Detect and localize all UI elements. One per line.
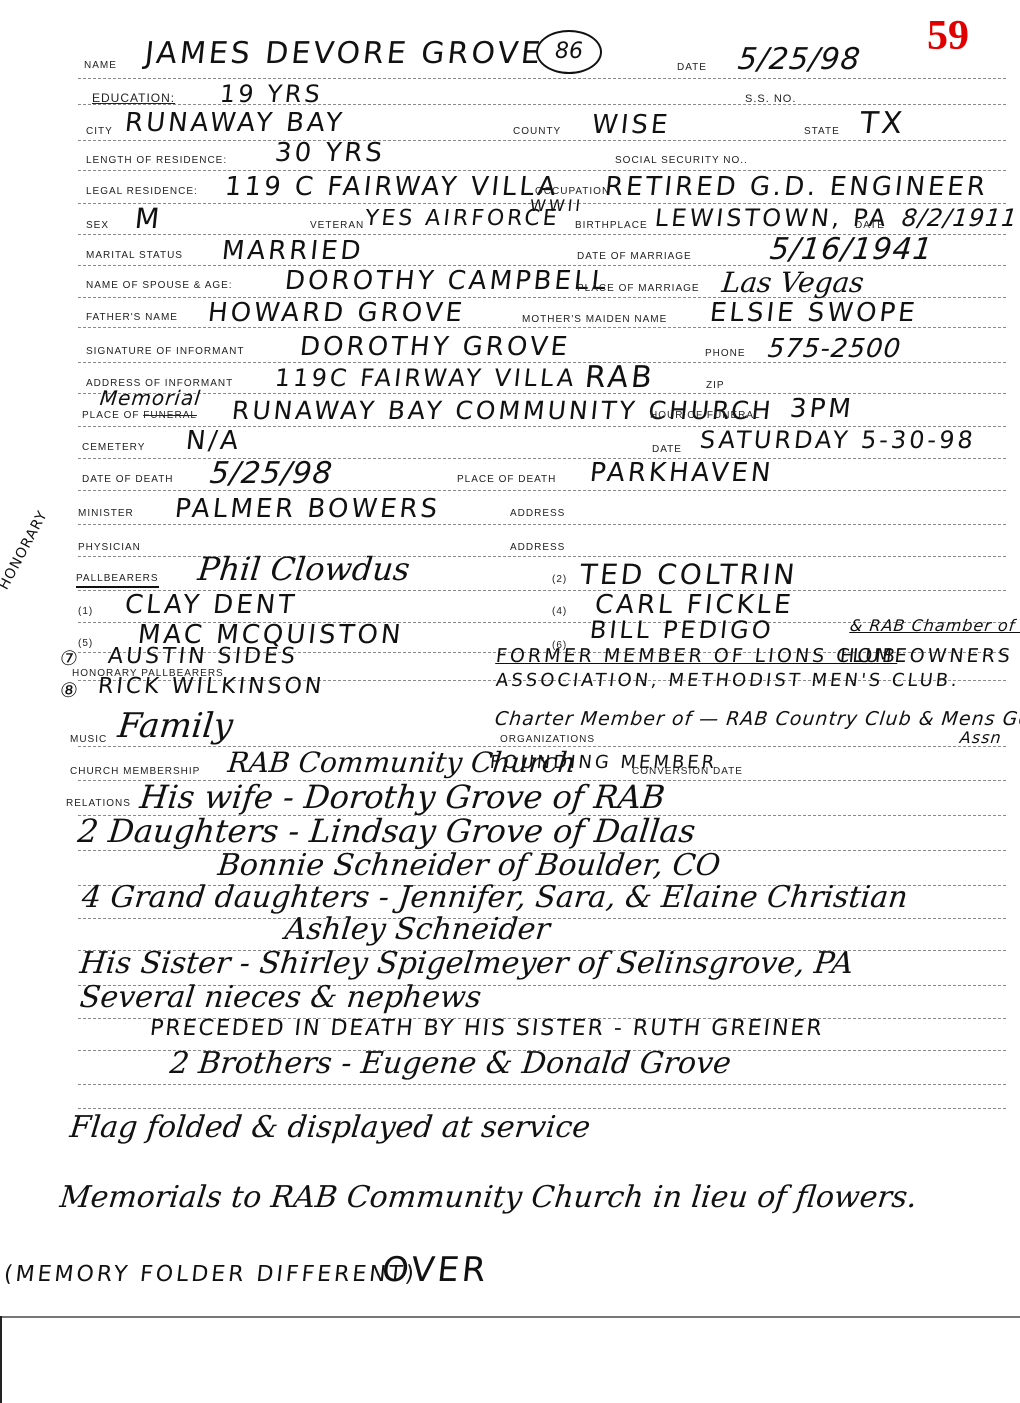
label-funeral-date: Date bbox=[652, 444, 682, 455]
label-city: City bbox=[86, 126, 113, 137]
value-mothers-maiden-name: Elsie Swope bbox=[708, 298, 919, 328]
label-date: Date bbox=[677, 62, 707, 73]
value-pallbearer-6: Bill Pedigo bbox=[589, 616, 776, 644]
value-minister: Palmer Bowers bbox=[173, 494, 441, 524]
value-name-of-spouse: Dorothy Campbell bbox=[283, 266, 610, 296]
rule-education bbox=[78, 104, 1006, 105]
value-length-of-residence: 30 yrs bbox=[273, 138, 386, 168]
label-legal-residence: Legal Residence: bbox=[86, 186, 198, 197]
rule-name bbox=[78, 78, 1006, 79]
label-fathers-name: Father's Name bbox=[86, 312, 178, 323]
value-music: Family bbox=[116, 706, 235, 746]
label-ss-no: S.S. No. bbox=[745, 93, 796, 105]
struck-funeral-text: Funeral bbox=[143, 410, 197, 421]
value-org-line3b: Assn bbox=[959, 728, 1003, 747]
value-signature-of-informant: Dorothy Grove bbox=[298, 332, 571, 362]
label-pallbearer-2: (2) bbox=[552, 574, 567, 585]
rule-informant-address bbox=[78, 393, 1006, 394]
value-org-line1b: Homeowners bbox=[839, 645, 1014, 667]
label-pallbearer-5: (5) bbox=[78, 638, 93, 649]
page-number: 59 bbox=[927, 12, 969, 60]
label-name: Name bbox=[84, 60, 117, 71]
value-marital-status: Married bbox=[220, 236, 365, 266]
value-name: James Devore Grove bbox=[143, 36, 545, 71]
value-date-of-marriage: 5/16/1941 bbox=[768, 232, 935, 267]
label-minister-address: Address bbox=[510, 508, 565, 519]
label-length-of-residence: Length of Residence: bbox=[86, 155, 227, 166]
label-minister: Minister bbox=[78, 508, 134, 519]
value-org-line2: Association, Methodist Men's Club. bbox=[495, 670, 961, 691]
label-pallbearer-1: (1) bbox=[78, 606, 93, 617]
value-org-chamber-note: & RAB Chamber of C bbox=[849, 616, 1020, 635]
value-city: Runaway Bay bbox=[123, 108, 346, 138]
value-relations-line: Bonnie Schneider of Boulder, CO bbox=[216, 848, 722, 883]
value-date-of-death: 5/25/98 bbox=[208, 456, 334, 491]
label-name-of-spouse: Name of Spouse & Age: bbox=[86, 280, 233, 291]
value-sex: M bbox=[133, 202, 164, 235]
page-left-edge bbox=[0, 1316, 2, 1403]
value-veteran-note: WWII bbox=[529, 196, 584, 215]
rule-minister bbox=[78, 524, 1006, 525]
rule-residence-length bbox=[78, 170, 1006, 171]
value-cemetery: N/A bbox=[184, 426, 242, 456]
value-address-of-informant: 119C Fairway Villa bbox=[274, 364, 578, 392]
label-date-of-marriage: Date of Marriage bbox=[577, 251, 692, 262]
value-occupation: Retired G.D. Engineer bbox=[603, 172, 989, 202]
label-education: Education: bbox=[92, 91, 175, 105]
label-signature-of-informant: Signature of Informant bbox=[86, 346, 244, 357]
value-relations-line: His wife - Dorothy Grove of RAB bbox=[138, 778, 667, 816]
value-phone: 575-2500 bbox=[766, 334, 902, 364]
value-pallbearer-8-number: ⑧ bbox=[59, 678, 80, 702]
value-age-circled: 86 bbox=[536, 30, 602, 74]
value-state: TX bbox=[858, 106, 907, 141]
value-note-flag: Flag folded & displayed at service bbox=[68, 1110, 592, 1145]
value-pallbearer-first: Phil Clowdus bbox=[196, 550, 412, 588]
label-county: County bbox=[513, 126, 561, 137]
label-relations: Relations bbox=[66, 798, 131, 809]
value-relations-line: His Sister - Shirley Spigelmeyer of Seli… bbox=[78, 946, 855, 981]
value-relations-line: 2 Brothers - Eugene & Donald Grove bbox=[168, 1046, 733, 1081]
value-pallbearer-2: Ted Coltrin bbox=[578, 558, 799, 591]
value-fathers-name: Howard Grove bbox=[206, 298, 466, 328]
label-place-of-marriage: Place of Marriage bbox=[577, 283, 700, 294]
value-education: 19 yrs bbox=[219, 80, 325, 108]
value-place-of-death: Parkhaven bbox=[588, 458, 774, 488]
value-address-of-informant-city: RAB bbox=[583, 360, 656, 395]
margin-note-honorary: Honorary bbox=[0, 508, 51, 592]
label-birthplace: Birthplace bbox=[575, 220, 648, 231]
label-cemetery: Cemetery bbox=[82, 442, 145, 453]
rule-relations-9 bbox=[78, 1084, 1006, 1085]
value-org-line3: Charter Member of — RAB Country Club & M… bbox=[494, 708, 1020, 730]
label-date-of-death: Date of Death bbox=[82, 474, 174, 485]
label-birth-date: Date bbox=[855, 220, 885, 231]
label-church-membership: Church Membership bbox=[70, 766, 200, 777]
label-zip: Zip bbox=[706, 380, 725, 391]
value-note-memorials: Memorials to RAB Community Church in lie… bbox=[58, 1180, 919, 1215]
label-sex: Sex bbox=[86, 220, 109, 231]
value-date: 5/25/98 bbox=[736, 42, 862, 77]
value-relations-line: Ashley Schneider bbox=[283, 912, 552, 947]
label-conversion-date: Conversion Date bbox=[632, 766, 743, 777]
value-place-of-marriage: Las Vegas bbox=[720, 266, 865, 299]
rule-relations-10 bbox=[78, 1108, 1006, 1109]
value-pallbearer-8: Rick Wilkinson bbox=[97, 674, 326, 699]
label-hour-of-funeral: Hour of Funeral bbox=[650, 410, 761, 421]
label-music: Music bbox=[70, 734, 107, 745]
value-legal-residence: 119 C Fairway Villa bbox=[223, 172, 560, 202]
value-hour-of-funeral: 3PM bbox=[788, 394, 855, 424]
value-pallbearer-7: Austin Sides bbox=[107, 644, 299, 669]
label-veteran: Veteran bbox=[310, 220, 364, 231]
value-county: Wise bbox=[590, 110, 671, 140]
label-place-of-funeral: Place of Funeral bbox=[82, 410, 197, 421]
value-note-memory-folder: (Memory Folder Different) bbox=[3, 1262, 418, 1287]
value-pallbearer-7-number: ⑦ bbox=[59, 646, 80, 670]
label-phone: Phone bbox=[705, 348, 746, 359]
value-funeral-date: Saturday 5-30-98 bbox=[699, 426, 978, 454]
page-bottom-edge bbox=[0, 1316, 1020, 1318]
value-relations-line: 4 Grand daughters - Jennifer, Sara, & El… bbox=[80, 880, 909, 915]
label-mothers-maiden-name: Mother's Maiden Name bbox=[522, 314, 667, 325]
value-relations-line: 2 Daughters - Lindsay Grove of Dallas bbox=[76, 812, 697, 850]
value-place-of-funeral-note: Memorial bbox=[99, 386, 202, 410]
value-birth-date: 8/2/1911 bbox=[901, 204, 1020, 232]
label-pallbearer-4: (4) bbox=[552, 606, 567, 617]
label-organizations: Organizations bbox=[500, 734, 595, 745]
value-relations-line: Preceded in death by his sister - Ruth G… bbox=[149, 1016, 825, 1041]
label-marital-status: Marital Status bbox=[86, 250, 183, 261]
value-relations-line: Several nieces & nephews bbox=[78, 980, 483, 1015]
label-physician-address: Address bbox=[510, 542, 565, 553]
value-note-over: Over bbox=[380, 1250, 491, 1290]
label-physician: Physician bbox=[78, 542, 141, 553]
label-pallbearers: Pallbearers bbox=[76, 573, 159, 588]
label-place-of-death: Place of Death bbox=[457, 474, 556, 485]
label-social-security-no: Social Security No.. bbox=[615, 155, 748, 166]
label-state: State bbox=[804, 126, 840, 137]
value-pallbearer-1: Clay Dent bbox=[123, 590, 298, 620]
